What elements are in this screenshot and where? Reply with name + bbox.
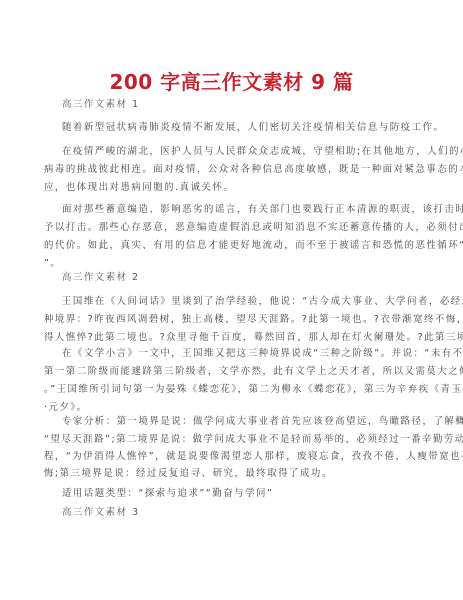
paragraph-line: ”。 (44, 258, 422, 270)
paragraph-line: 应，也体现出对患病同胞的.真诚关怀。 (44, 182, 422, 194)
paragraph-line: ·元夕》。 (44, 402, 422, 414)
section-heading-2: 高三作文素材 2 (62, 272, 440, 284)
paragraph-line: 适用话题类型：“探索与追求”“勤奋与学问” (62, 488, 440, 500)
paragraph-line: 第一第二阶级而能遽跻第三阶级者，文学亦然，此有文学上之天才者，所以又需莫大之修养… (44, 366, 422, 378)
section-heading-1: 高三作文素材 1 (62, 99, 440, 111)
paragraph-line: “望尽天涯路”;第二境界是说：做学问成大事业不是轻而易举的，必须经过一番辛勤劳动… (44, 434, 422, 446)
paragraph-line: 在《文学小言》一文中，王国维又把这三种境界说成“三种之阶级”。并说：“未有不阅 (62, 348, 440, 360)
paragraph-line: 随着新型冠状病毒肺炎疫情不断发展，人们密切关注疫情相关信息与防疫工作。 (62, 122, 440, 134)
document-title: 200 字高三作文素材 9 篇 (0, 66, 463, 95)
paragraph-line: 悔;第三境界是说：经过反复追寻、研究，最终取得了成功。 (44, 468, 422, 480)
paragraph-line: 予以打击。那些心存恶意，恶意编造虚假消息或明知消息不实还蓄意传播的人，必须付出相… (44, 222, 422, 234)
paragraph-line: 王国维在《人间词话》里谈到了治学经验，他说：“古今成大事业、大学问者，必经过一 (62, 296, 440, 308)
paragraph-line: 的代价。如此，真实、有用的信息才能更好地流动，而不至于被谣言和恐慌的恶性循环“污… (44, 240, 422, 252)
paragraph-line: 病毒的挑战彼此相连。面对疫情，公众对各种信息高度敏感，既是一种面对紧急事态的本能… (44, 164, 422, 176)
paragraph-line: 专家分析：第一境界是说：做学问成大事业者首先应该登高望远，鸟瞰路径，了解概貌。 (62, 416, 440, 428)
section-heading-3: 高三作文素材 3 (62, 507, 440, 519)
paragraph-line: 种境界：?昨夜西风凋碧树，独上高楼，望尽天涯路。?此第一境也。?衣带渐宽终不悔，… (44, 314, 422, 326)
paragraph-line: 程，“为伊消得人憔悴”，就是说要像渴望恋人那样，废寝忘食，孜孜不倦，人瘦带宽也不… (44, 451, 422, 463)
paragraph-line: 。”王国维所引词句第一为晏殊《蝶恋花》，第二为柳永《蝶恋花》，第三为辛弃疾《青玉… (44, 384, 422, 396)
paragraph-line: 在疫情严峻的湖北，医护人员与人民群众众志成城，守望相助;在其他地方，人们的心也因 (62, 146, 440, 158)
paragraph-line: 面对那些蓄意编造、影响恶劣的谣言，有关部门也要践行正本清源的职责，该打击时严厉 (62, 204, 440, 216)
paragraph-line: 得人憔悴?此第二境也。?众里寻他千百度，蓦然回首，那人却在灯火阑珊处。?此第三境… (44, 332, 422, 344)
